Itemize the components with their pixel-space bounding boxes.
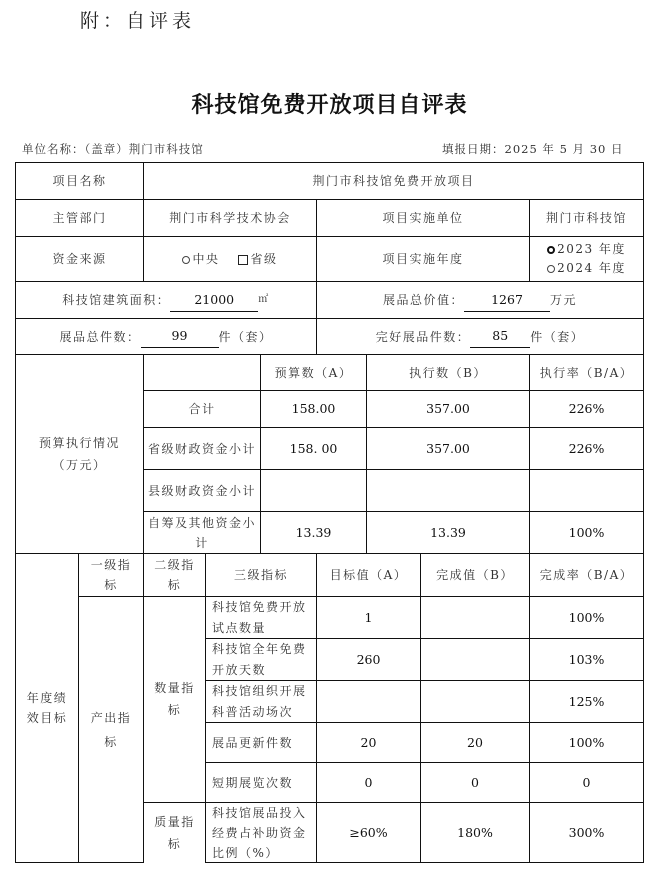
perf-target: 20 bbox=[316, 722, 421, 763]
perf-indicator: 展品更新件数 bbox=[205, 722, 317, 763]
impl-unit-value: 荆门市科技馆 bbox=[529, 199, 644, 237]
perf-indicator: 科技馆全年免费开放天数 bbox=[205, 638, 317, 681]
fund-option-central[interactable]: 中央 bbox=[182, 248, 219, 270]
area-value: 21000 bbox=[170, 289, 258, 312]
annex-label: 附：自评表 bbox=[80, 6, 195, 33]
perf-col-level2: 二级指标 bbox=[143, 553, 206, 597]
perf-col-target: 目标值（A） bbox=[316, 553, 421, 597]
unit-name: 单位名称：（盖章）荆门市科技馆 bbox=[22, 141, 204, 157]
perf-actual: 0 bbox=[420, 762, 530, 803]
budget-row-rate: 226% bbox=[529, 427, 644, 470]
perf-col-level1: 一级指标 bbox=[78, 553, 144, 597]
impl-year-label: 项目实施年度 bbox=[316, 236, 530, 282]
exhibit-value: 1267 bbox=[464, 289, 550, 312]
perf-actual bbox=[420, 638, 530, 681]
budget-row-b: 357.00 bbox=[366, 427, 530, 470]
perf-rate: 125% bbox=[529, 680, 644, 723]
radio-off-icon bbox=[182, 256, 190, 264]
perf-indicator: 科技馆展品投入经费占补助资金比例（%） bbox=[205, 802, 317, 863]
perf-actual bbox=[420, 680, 530, 723]
good-count: 85 bbox=[470, 325, 530, 348]
perf-target: 0 bbox=[316, 762, 421, 803]
budget-row-a bbox=[260, 469, 367, 512]
budget-row-a: 158.00 bbox=[260, 390, 367, 428]
dept-label: 主管部门 bbox=[15, 199, 144, 237]
budget-row-b bbox=[366, 469, 530, 512]
perf-col-actual: 完成值（B） bbox=[420, 553, 530, 597]
fund-source-options: 中央 省级 bbox=[143, 236, 317, 282]
perf-actual bbox=[420, 596, 530, 639]
perf-target bbox=[316, 680, 421, 723]
exhibit-count: 99 bbox=[141, 325, 219, 348]
radio-off-icon bbox=[547, 265, 555, 273]
year-option-2024[interactable]: 2024 年度 bbox=[547, 259, 626, 278]
radio-selected-icon bbox=[547, 246, 555, 254]
area-cell: 科技馆建筑面积： 21000 ㎡ bbox=[15, 281, 317, 319]
perf-target: 260 bbox=[316, 638, 421, 681]
report-date: 填报日期：2025 年 5 月 30 日 bbox=[442, 141, 624, 157]
perf-rate: 0 bbox=[529, 762, 644, 803]
budget-header-blank bbox=[143, 354, 261, 391]
page-title: 科技馆免费开放项目自评表 bbox=[0, 88, 659, 119]
perf-rate: 103% bbox=[529, 638, 644, 681]
exhibit-value-cell: 展品总价值： 1267 万元 bbox=[316, 281, 644, 319]
impl-year-options: 2023 年度 2024 年度 bbox=[529, 236, 644, 282]
impl-unit-label: 项目实施单位 bbox=[316, 199, 530, 237]
perf-actual: 20 bbox=[420, 722, 530, 763]
performance-section-label: 年度绩效目标 bbox=[15, 553, 79, 863]
year-option-2023[interactable]: 2023 年度 bbox=[547, 240, 626, 259]
fund-source-label: 资金来源 bbox=[15, 236, 144, 282]
budget-row-a: 13.39 bbox=[260, 511, 367, 554]
budget-col-b: 执行数（B） bbox=[366, 354, 530, 391]
budget-row-label: 县级财政资金小计 bbox=[143, 469, 261, 512]
good-count-cell: 完好展品件数： 85 件（套） bbox=[316, 318, 644, 355]
perf-level2-quantity: 数量指标 bbox=[143, 596, 206, 803]
budget-row-rate bbox=[529, 469, 644, 512]
budget-row-rate: 226% bbox=[529, 390, 644, 428]
budget-row-rate: 100% bbox=[529, 511, 644, 554]
checkbox-off-icon bbox=[238, 255, 248, 265]
perf-rate: 100% bbox=[529, 596, 644, 639]
budget-row-label: 省级财政资金小计 bbox=[143, 427, 261, 470]
budget-row-label: 自筹及其他资金小计 bbox=[143, 511, 261, 554]
project-name-value: 荆门市科技馆免费开放项目 bbox=[143, 162, 644, 200]
perf-indicator: 科技馆免费开放试点数量 bbox=[205, 596, 317, 639]
project-name-label: 项目名称 bbox=[15, 162, 144, 200]
budget-row-a: 158. 00 bbox=[260, 427, 367, 470]
perf-indicator: 科技馆组织开展科普活动场次 bbox=[205, 680, 317, 723]
perf-indicator: 短期展览次数 bbox=[205, 762, 317, 803]
perf-rate: 300% bbox=[529, 802, 644, 863]
budget-section-label: 预算执行情况 （万元） bbox=[15, 354, 144, 554]
perf-target: ≥60% bbox=[316, 802, 421, 863]
perf-level2-quality: 质量指标 bbox=[143, 802, 206, 863]
dept-value: 荆门市科学技术协会 bbox=[143, 199, 317, 237]
budget-col-a: 预算数（A） bbox=[260, 354, 367, 391]
perf-actual: 180% bbox=[420, 802, 530, 863]
exhibit-count-cell: 展品总件数： 99 件（套） bbox=[15, 318, 317, 355]
budget-col-rate: 执行率（B/A） bbox=[529, 354, 644, 391]
area-unit: ㎡ bbox=[258, 289, 270, 311]
perf-col-level3: 三级指标 bbox=[205, 553, 317, 597]
budget-row-b: 357.00 bbox=[366, 390, 530, 428]
budget-row-b: 13.39 bbox=[366, 511, 530, 554]
perf-rate: 100% bbox=[529, 722, 644, 763]
perf-target: 1 bbox=[316, 596, 421, 639]
perf-col-rate: 完成率（B/A） bbox=[529, 553, 644, 597]
fund-option-provincial[interactable]: 省级 bbox=[238, 248, 278, 270]
budget-row-label: 合计 bbox=[143, 390, 261, 428]
perf-level1-output: 产出指标 bbox=[78, 596, 144, 863]
